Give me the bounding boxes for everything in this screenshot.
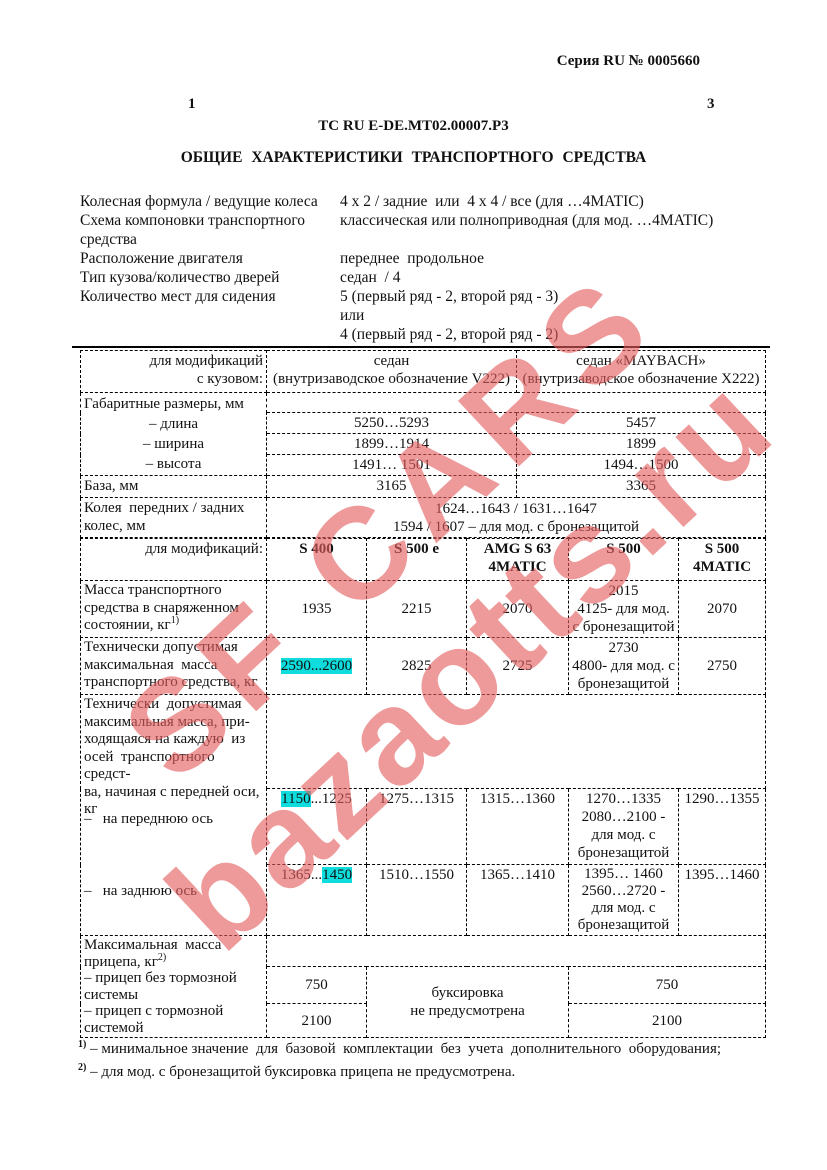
t2-trailer-empty-cell	[267, 936, 766, 967]
t2-front-axle-label: – на переднюю ось	[84, 811, 263, 883]
t2-header-label: для модификаций:	[81, 539, 267, 581]
page-number-right: 3	[707, 96, 715, 113]
t1-length-maybach: 5457	[517, 413, 766, 434]
general-specs-list: Колесная формула / ведущие колеса 4 х 2 …	[80, 192, 772, 344]
spec-value: 5 (первый ряд - 2, второй ряд - 3) или 4…	[340, 287, 772, 344]
t1-width-maybach: 1899	[517, 434, 766, 455]
dimensions-table: для модификаций с кузовом: седан (внутри…	[80, 350, 766, 538]
t1-header-sedan: седан (внутризаводское обозначение V222)	[267, 351, 517, 393]
t1-dims-title: Габаритные размеры, мм	[84, 394, 263, 414]
t1-height-label: – высота	[84, 454, 263, 474]
spec-row: Количество мест для сидения 5 (первый ря…	[80, 287, 772, 344]
t2-front-axle-s500-4matic: 1290…1355	[679, 789, 766, 865]
footnote-1: 1) – минимальное значение для базовой ко…	[78, 1038, 772, 1061]
t2-max-mass-s500e: 2825	[367, 638, 467, 695]
t2-front-axle-s500: 1270…1335 2080…2100 - для мод. с бронеза…	[569, 789, 679, 865]
t2-trailer-brake-s400: 2100	[267, 1004, 367, 1038]
highlighted-value: 2590...2600	[281, 658, 352, 674]
footnote-2: 2) – для мод. с бронезащитой буксировка …	[78, 1061, 772, 1084]
spec-row: Колесная формула / ведущие колеса 4 х 2 …	[80, 192, 772, 211]
t1-header-label: для модификаций с кузовом:	[81, 351, 267, 393]
spec-value: переднее продольное	[340, 249, 772, 268]
t1-height-sedan: 1491… 1501	[267, 455, 517, 476]
t2-trailer-no-brake-label: – прицеп без тормозной системы	[84, 970, 263, 1003]
t1-base-sedan: 3165	[267, 476, 517, 498]
t2-front-axle-amg: 1315…1360	[467, 789, 569, 865]
t2-max-mass-label: Технически допустимая максимальная масса…	[81, 638, 267, 695]
t2-header-s500e: S 500 e	[367, 539, 467, 581]
spec-label: Колесная формула / ведущие колеса	[80, 192, 340, 211]
t2-towing-note: буксировка не предусмотрена	[367, 967, 569, 1038]
divider-rule	[72, 346, 770, 348]
t1-track-value: 1624…1643 / 1631…1647 1594 / 1607 – для …	[267, 498, 766, 538]
t2-header-s500-4matic: S 500 4MATIC	[679, 539, 766, 581]
t2-front-axle-s400: 1150...1225	[267, 789, 367, 865]
doc-number: ТС RU E-DE.MT02.00007.P3	[0, 118, 827, 135]
t2-rear-axle-amg: 1365…1410	[467, 865, 569, 936]
t2-curb-mass-label: Масса транспортного средства в снаряженн…	[81, 581, 267, 638]
t2-rear-axle-label: – на заднюю ось	[84, 883, 263, 901]
page-number-left: 1	[188, 96, 196, 113]
t2-rear-axle-s500: 1395… 1460 2560…2720 - для мод. с бронез…	[569, 865, 679, 936]
t2-rear-axle-s500e: 1510…1550	[367, 865, 467, 936]
t2-axle-mass-empty-cell	[267, 695, 766, 789]
spec-value: седан / 4	[340, 268, 772, 287]
t2-max-mass-amg: 2725	[467, 638, 569, 695]
t2-trailer-brake-label: – прицеп с тормозной системой	[84, 1003, 263, 1036]
page-title: ОБЩИЕ ХАРАКТЕРИСТИКИ ТРАНСПОРТНОГО СРЕДС…	[0, 149, 827, 167]
t2-rear-axle-s500-4matic: 1395…1460	[679, 865, 766, 936]
t1-width-sedan: 1899…1914	[267, 434, 517, 455]
t1-base-label: База, мм	[81, 476, 267, 498]
highlighted-value: 1450	[322, 867, 352, 883]
t2-trailer-brake-s500: 2100	[569, 1004, 766, 1038]
t1-track-label: Колея передних / задних колес, мм	[81, 498, 267, 538]
mass-table: для модификаций: S 400 S 500 e AMG S 63 …	[80, 538, 766, 1038]
footnotes: 1) – минимальное значение для базовой ко…	[78, 1038, 772, 1084]
t2-axle-mass-label: Технически допустимая максимальная масса…	[84, 696, 263, 819]
t2-header-s400: S 400	[267, 539, 367, 581]
t1-base-maybach: 3365	[517, 476, 766, 498]
t2-trailer-label-cell: Максимальная масса прицепа, кг2) – прице…	[81, 936, 267, 1038]
spec-row: Расположение двигателя переднее продольн…	[80, 249, 772, 268]
t2-header-amg-s63: AMG S 63 4MATIC	[467, 539, 569, 581]
t1-height-maybach: 1494…1500	[517, 455, 766, 476]
document-page: Серия RU № 0005660 1 3 ТС RU E-DE.MT02.0…	[0, 0, 827, 1170]
t2-curb-mass-s500e: 2215	[367, 581, 467, 638]
t2-max-mass-s500: 2730 4800- для мод. с бронезащитой	[569, 638, 679, 695]
t1-header-maybach: седан «MAYBACH» (внутризаводское обознач…	[517, 351, 766, 393]
series-number: Серия RU № 0005660	[557, 53, 700, 70]
t2-rear-axle-s400: 1365...1450	[267, 865, 367, 936]
t1-length-sedan: 5250…5293	[267, 413, 517, 434]
t2-curb-mass-s400: 1935	[267, 581, 367, 638]
t2-axle-mass-label-cell: Технически допустимая максимальная масса…	[81, 695, 267, 936]
spec-label: Тип кузова/количество дверей	[80, 268, 340, 287]
spec-label: Схема компоновки транспортного средства	[80, 211, 340, 249]
highlighted-value: 1150	[281, 791, 310, 807]
spec-row: Схема компоновки транспортного средства …	[80, 211, 772, 249]
spec-label: Расположение двигателя	[80, 249, 340, 268]
t2-max-mass-s500-4matic: 2750	[679, 638, 766, 695]
footnote-ref-2: 2)	[158, 952, 166, 963]
t1-width-label: – ширина	[84, 434, 263, 454]
t2-trailer-mass-label: Максимальная масса прицепа, кг2)	[84, 937, 263, 970]
spec-row: Тип кузова/количество дверей седан / 4	[80, 268, 772, 287]
t1-dims-empty-cell	[267, 393, 766, 413]
t2-front-axle-s500e: 1275…1315	[367, 789, 467, 865]
t1-length-label: – длина	[84, 414, 263, 434]
t2-curb-mass-s500-4matic: 2070	[679, 581, 766, 638]
t2-curb-mass-amg: 2070	[467, 581, 569, 638]
t2-curb-mass-s500: 2015 4125- для мод. с бронезащитой	[569, 581, 679, 638]
t2-max-mass-s400: 2590...2600	[267, 638, 367, 695]
t2-header-s500: S 500	[569, 539, 679, 581]
spec-label: Количество мест для сидения	[80, 287, 340, 344]
t2-trailer-no-brake-s500: 750	[569, 967, 766, 1004]
spec-value: 4 х 2 / задние или 4 х 4 / все (для …4MA…	[340, 192, 772, 211]
t1-dims-label-cell: Габаритные размеры, мм – длина – ширина …	[81, 393, 267, 476]
t2-trailer-no-brake-s400: 750	[267, 967, 367, 1004]
spec-value: классическая или полноприводная (для мод…	[340, 211, 772, 249]
footnote-ref-1: 1)	[171, 615, 179, 626]
